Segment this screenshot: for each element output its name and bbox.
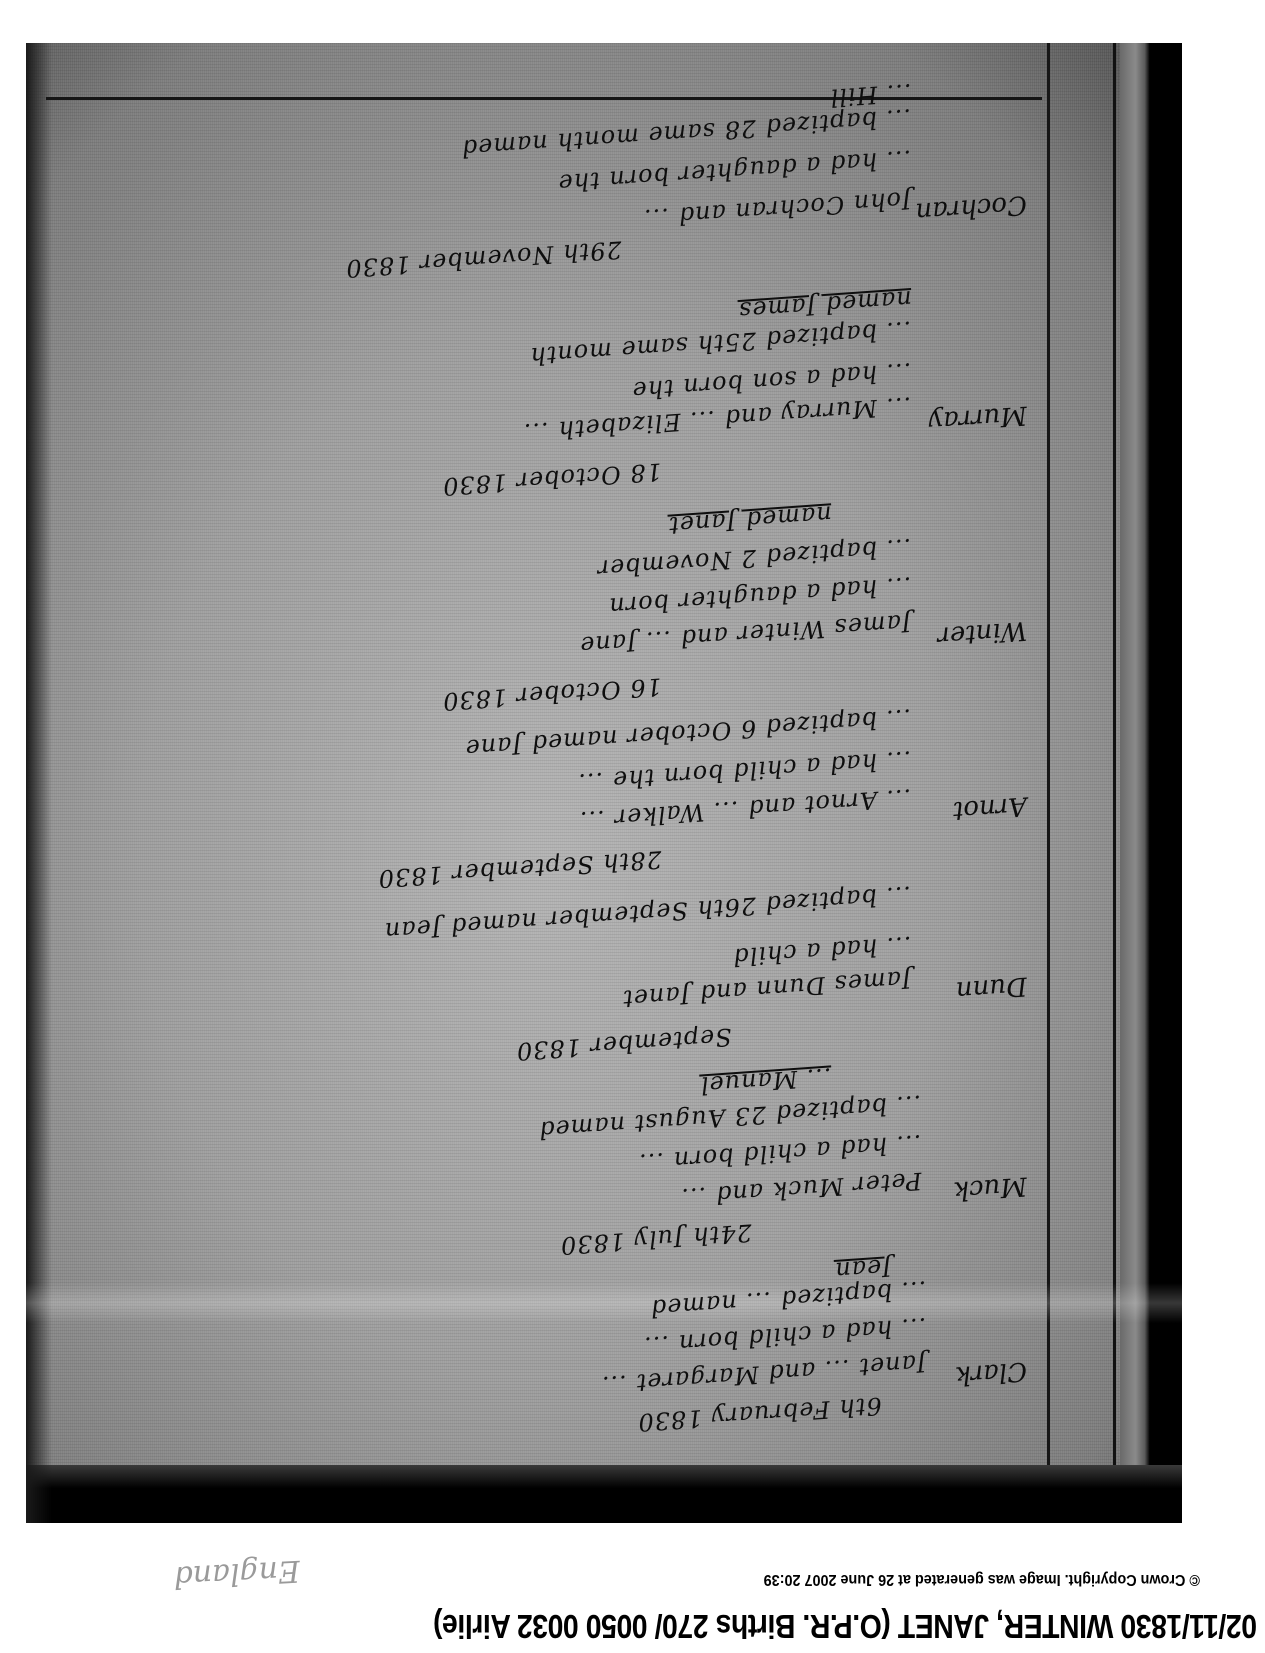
entry-date: 18 October 1830 (441, 457, 663, 500)
register-page: Clark 6th February 1830 Janet ... and Ma… (26, 43, 1182, 1523)
entry-line: Peter Muck and ... (680, 1167, 923, 1212)
entry-surname: Winter (936, 615, 1027, 651)
page-fold-highlight (26, 1283, 1182, 1323)
record-reference-title: 02/11/1830 WINTER, JANET (O.P.R. Births … (433, 1607, 1257, 1645)
entry-surname: Cochran (915, 189, 1028, 227)
entry-line: named Janet (667, 500, 833, 539)
entry-line: John Cochran and ... (643, 186, 913, 233)
entry-line: ... had a child (731, 931, 912, 971)
entry-line: ... Manuel (699, 1062, 833, 1099)
entry-date: September 1830 (515, 1022, 733, 1065)
entry-child-name: Jean (833, 1253, 892, 1285)
entry-line: James Dunn and Janet (621, 965, 912, 1013)
entry-surname: Arnot (952, 790, 1028, 825)
entry-line: 6th February 1830 (636, 1391, 882, 1436)
page-edge-shadow (26, 1465, 1182, 1523)
scanned-register-page: Clark 6th February 1830 Janet ... and Ma… (0, 0, 1265, 1653)
entry-surname: Murray (928, 400, 1028, 437)
entry-line: ... Hill (829, 78, 913, 112)
entry-surname: Muck (952, 1170, 1028, 1205)
entry-date: 29th November 1830 (344, 235, 622, 282)
entry-surname: Dunn (955, 971, 1028, 1006)
entry-date: 16 October 1830 (441, 672, 663, 715)
entry-date: 24th July 1830 (559, 1218, 753, 1259)
pencil-annotation: England (173, 1553, 301, 1595)
entry-surname: Clark (954, 1356, 1028, 1391)
entry-line: ... Murray and ... Elizabeth ... (522, 391, 912, 446)
copyright-notice: © Crown Copyright. Image was generated a… (764, 1570, 1200, 1588)
entry-date: 28th September 1830 (377, 845, 663, 893)
